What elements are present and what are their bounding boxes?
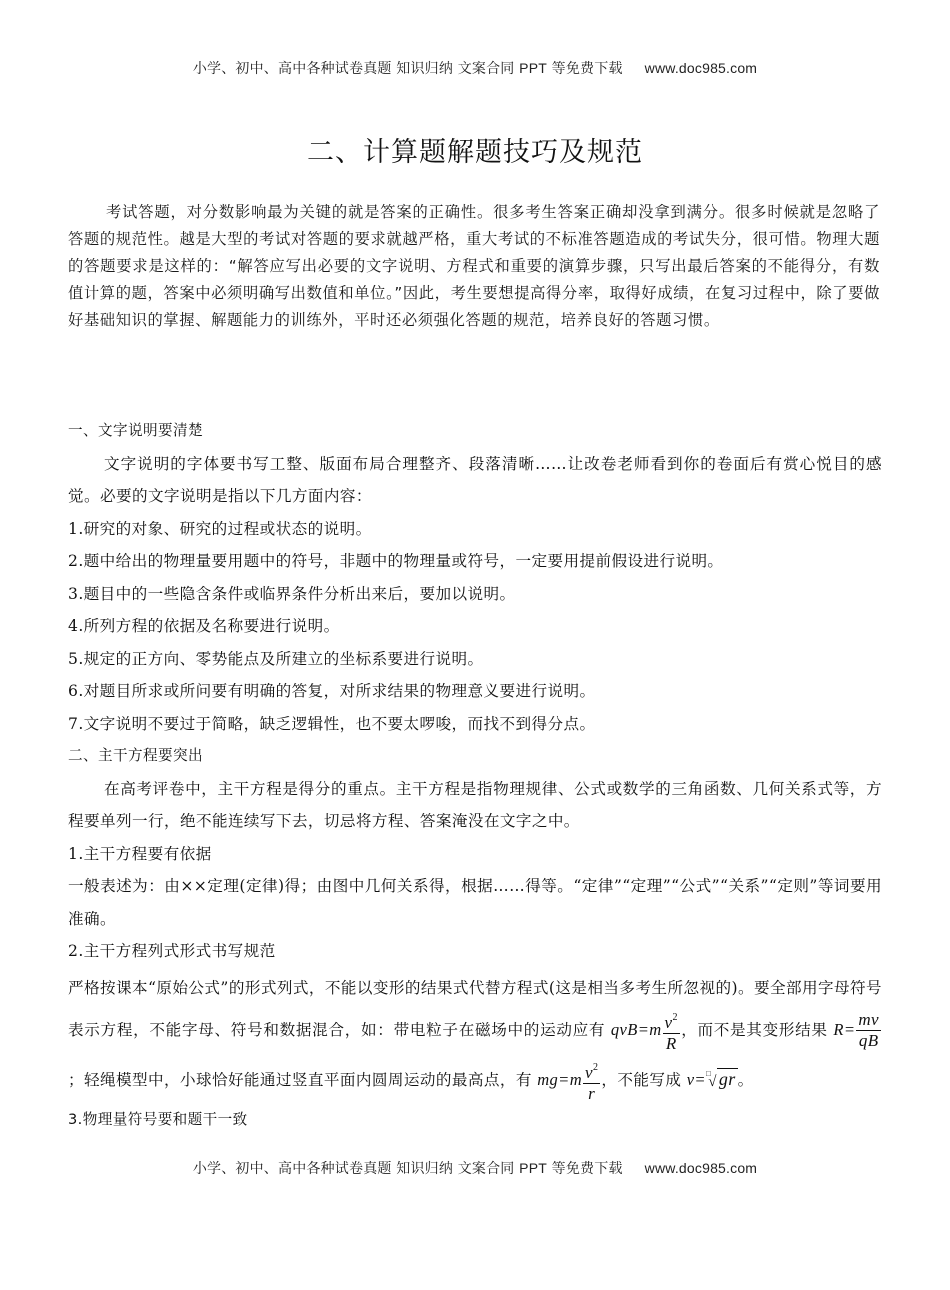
header-url[interactable]: www.doc985.com [645,60,758,76]
section2-paragraph: 在高考评卷中，主干方程是得分的重点。主干方程是指物理规律、公式或数学的三角函数、… [68,773,882,838]
header-text: 小学、初中、高中各种试卷真题 知识归纳 文案合同 [193,61,519,77]
sub2-text-4: ，不能写成 [601,1071,686,1089]
subsection1-heading: 1.主干方程要有依据 [68,838,882,871]
formula-r-lhs: R= [833,1020,855,1039]
page-title: 二、计算题解题技巧及规范 [0,130,950,169]
formula-v2-over-r: v2r [583,1058,600,1104]
intro-paragraph: 考试答题，对分数影响最为关键的就是答案的正确性。很多考生答案正确却没拿到满分。很… [68,199,880,334]
formula-v2-over-R: v2R [663,1008,680,1054]
section1-heading: 一、文字说明要清楚 [68,415,882,448]
sqrt-gr: □√gr [706,1069,738,1089]
footer-ppt: PPT [519,1160,547,1176]
document-body: 一、文字说明要清楚 文字说明的字体要书写工整、版面布局合理整齐、段落清晰……让改… [68,415,882,1136]
subsection3-heading: 3.物理量符号要和题干一致 [68,1104,882,1137]
subsection2-text: 严格按课本“原始公式”的形式列式，不能以变形的结果式代替方程式(这是相当多考生所… [68,968,882,1104]
page-footer: 小学、初中、高中各种试卷真题 知识归纳 文案合同 PPT 等免费下载www.do… [0,1158,950,1178]
formula-mv-over-qb: mvqB [856,1010,881,1051]
sub2-text-3: ；轻绳模型中，小球恰好能通过竖直平面内圆周运动的最高点，有 [68,1071,537,1089]
footer-text: 小学、初中、高中各种试卷真题 知识归纳 文案合同 [193,1161,519,1177]
formula-v-lhs: v= [687,1070,706,1089]
list-item: 6.对题目所求或所问要有明确的答复，对所求结果的物理意义要进行说明。 [68,675,882,708]
footer-url[interactable]: www.doc985.com [645,1160,758,1176]
list-item: 1.研究的对象、研究的过程或状态的说明。 [68,513,882,546]
list-item: 4.所列方程的依据及名称要进行说明。 [68,610,882,643]
header-text-2: 等免费下载 [547,61,623,77]
subsection2-heading: 2.主干方程列式形式书写规范 [68,935,882,968]
formula-qvb-lhs: qvB=m [611,1020,662,1039]
sub2-text-2: ，而不是其变形结果 [681,1021,833,1039]
section2-heading: 二、主干方程要突出 [68,740,882,773]
list-item: 2.题中给出的物理量要用题中的符号，非题中的物理量或符号，一定要用提前假设进行说… [68,545,882,578]
sub2-text-5: 。 [738,1071,754,1089]
header-ppt: PPT [519,60,547,76]
list-item: 3.题目中的一些隐含条件或临界条件分析出来后，要加以说明。 [68,578,882,611]
section1-paragraph: 文字说明的字体要书写工整、版面布局合理整齐、段落清晰……让改卷老师看到你的卷面后… [68,448,882,513]
formula-mg-lhs: mg=m [537,1070,582,1089]
subsection1-text: 一般表述为：由××定理(定律)得；由图中几何关系得，根据……得等。“定律”“定理… [68,870,882,935]
list-item: 5.规定的正方向、零势能点及所建立的坐标系要进行说明。 [68,643,882,676]
list-item: 7.文字说明不要过于简略，缺乏逻辑性，也不要太啰唆，而找不到得分点。 [68,708,882,741]
page-header: 小学、初中、高中各种试卷真题 知识归纳 文案合同 PPT 等免费下载www.do… [0,58,950,78]
footer-text-2: 等免费下载 [547,1161,623,1177]
